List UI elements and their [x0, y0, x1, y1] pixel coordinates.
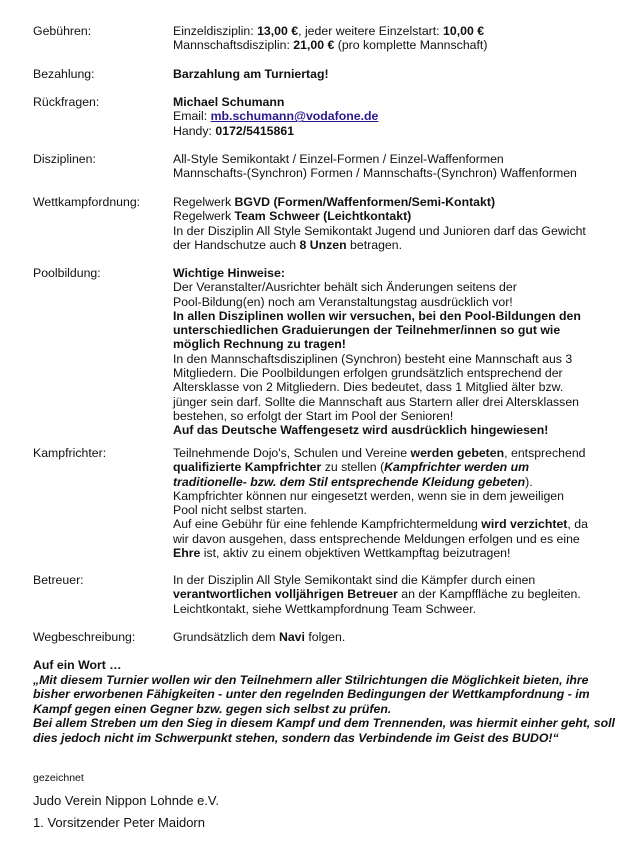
pool-text: Altersklasse von 2 Mitgliedern. Dies bed…	[173, 380, 613, 394]
fee-team: Mannschaftsdisziplin: 21,00 € (pro kompl…	[173, 38, 613, 52]
payment-text: Barzahlung am Turniertag!	[173, 67, 613, 81]
referee-text: Kampfrichter können nur eingesetzt werde…	[173, 489, 613, 503]
fee-individual: Einzeldisziplin: 13,00 €, jeder weitere …	[173, 24, 613, 38]
discipline-line: Mannschafts-(Synchron) Formen / Mannscha…	[173, 166, 613, 180]
pool-text: jünger sein darf. Sollte die Mannschaft …	[173, 395, 613, 409]
content-gebuehren: Einzeldisziplin: 13,00 €, jeder weitere …	[173, 24, 613, 53]
rules-note-cont: der Handschutze auch 8 Unzen betragen.	[173, 238, 613, 252]
label-wegbeschreibung: Wegbeschreibung:	[33, 630, 173, 644]
signed-label: gezeichnet	[33, 772, 84, 784]
referee-text: qualifizierte Kampfrichter zu stellen (K…	[173, 460, 613, 474]
quote-line: Kampf gegen einen Gegner bzw. gegen sich…	[33, 702, 603, 717]
contact-email-line: Email: mb.schumann@vodafone.de	[173, 109, 613, 123]
content-bezahlung: Barzahlung am Turniertag!	[173, 67, 613, 81]
label-kampfrichter: Kampfrichter:	[33, 446, 173, 460]
content-poolbildung: Wichtige Hinweise: Der Veranstalter/Ausr…	[173, 266, 613, 438]
label-gebuehren: Gebühren:	[33, 24, 173, 38]
pool-emphasis: möglich Rechnung zu tragen!	[173, 337, 613, 351]
label-rueckfragen: Rückfragen:	[33, 95, 173, 109]
referee-text: Ehre ist, aktiv zu einem objektiven Wett…	[173, 546, 613, 560]
coach-text: Leichtkontakt, siehe Wettkampfordnung Te…	[173, 602, 613, 616]
chairman: 1. Vorsitzender Peter Maidorn	[33, 815, 205, 830]
club-name: Judo Verein Nippon Lohnde e.V.	[33, 793, 219, 808]
referee-text: Auf eine Gebühr für eine fehlende Kampfr…	[173, 517, 613, 531]
referee-text: Pool nicht selbst starten.	[173, 503, 613, 517]
contact-name: Michael Schumann	[173, 95, 613, 109]
quote-line: bisher erworbenen Fähigkeiten - unter de…	[33, 687, 603, 702]
directions-text: Grundsätzlich dem Navi folgen.	[173, 630, 613, 644]
pool-emphasis: In allen Disziplinen wollen wir versuche…	[173, 309, 613, 323]
content-kampfrichter: Teilnehmende Dojo's, Schulen und Vereine…	[173, 446, 613, 560]
referee-text: Teilnehmende Dojo's, Schulen und Vereine…	[173, 446, 613, 460]
rules-bgvd: Regelwerk BGVD (Formen/Waffenformen/Semi…	[173, 195, 613, 209]
pool-text: Pool-Bildung(en) noch am Veranstaltungst…	[173, 295, 613, 309]
label-disziplinen: Disziplinen:	[33, 152, 173, 166]
discipline-line: All-Style Semikontakt / Einzel-Formen / …	[173, 152, 613, 166]
pool-text: Mitgliedern. Die Poolbildungen erfolgen …	[173, 366, 613, 380]
label-bezahlung: Bezahlung:	[33, 67, 173, 81]
email-link[interactable]: mb.schumann@vodafone.de	[211, 109, 379, 123]
quote-line: dies jedoch nicht im Schwerpunkt stehen,…	[33, 731, 603, 746]
pool-heading: Wichtige Hinweise:	[173, 266, 613, 280]
rules-team-schweer: Regelwerk Team Schweer (Leichtkontakt)	[173, 209, 613, 223]
pool-text: In den Mannschaftsdisziplinen (Synchron)…	[173, 352, 613, 366]
label-wettkampfordnung: Wettkampfordnung:	[33, 195, 173, 209]
quote-heading: Auf ein Wort …	[33, 658, 603, 673]
label-poolbildung: Poolbildung:	[33, 266, 173, 280]
closing-quote: Auf ein Wort … „Mit diesem Turnier wolle…	[33, 658, 603, 746]
pool-text: bestehen, so erfolgt der Start im Pool d…	[173, 409, 613, 423]
content-wegbeschreibung: Grundsätzlich dem Navi folgen.	[173, 630, 613, 644]
quote-line: „Mit diesem Turnier wollen wir den Teiln…	[33, 673, 603, 688]
quote-line: Bei allem Streben um den Sieg in diesem …	[33, 716, 603, 731]
contact-phone-line: Handy: 0172/5415861	[173, 124, 613, 138]
content-disziplinen: All-Style Semikontakt / Einzel-Formen / …	[173, 152, 613, 181]
coach-text: verantwortlichen volljährigen Betreuer a…	[173, 587, 613, 601]
coach-text: In der Disziplin All Style Semikontakt s…	[173, 573, 613, 587]
rules-note: In der Disziplin All Style Semikontakt J…	[173, 224, 613, 238]
weapons-law-note: Auf das Deutsche Waffengesetz wird ausdr…	[173, 423, 613, 437]
pool-text: Der Veranstalter/Ausrichter behält sich …	[173, 280, 613, 294]
label-betreuer: Betreuer:	[33, 573, 173, 587]
pool-emphasis: unterschiedlichen Graduierungen der Teil…	[173, 323, 613, 337]
referee-text: traditionelle- bzw. dem Stil entsprechen…	[173, 475, 613, 489]
content-wettkampfordnung: Regelwerk BGVD (Formen/Waffenformen/Semi…	[173, 195, 613, 252]
content-rueckfragen: Michael Schumann Email: mb.schumann@voda…	[173, 95, 613, 138]
content-betreuer: In der Disziplin All Style Semikontakt s…	[173, 573, 613, 616]
referee-text: wir davon ausgehen, dass entsprechende M…	[173, 532, 613, 546]
